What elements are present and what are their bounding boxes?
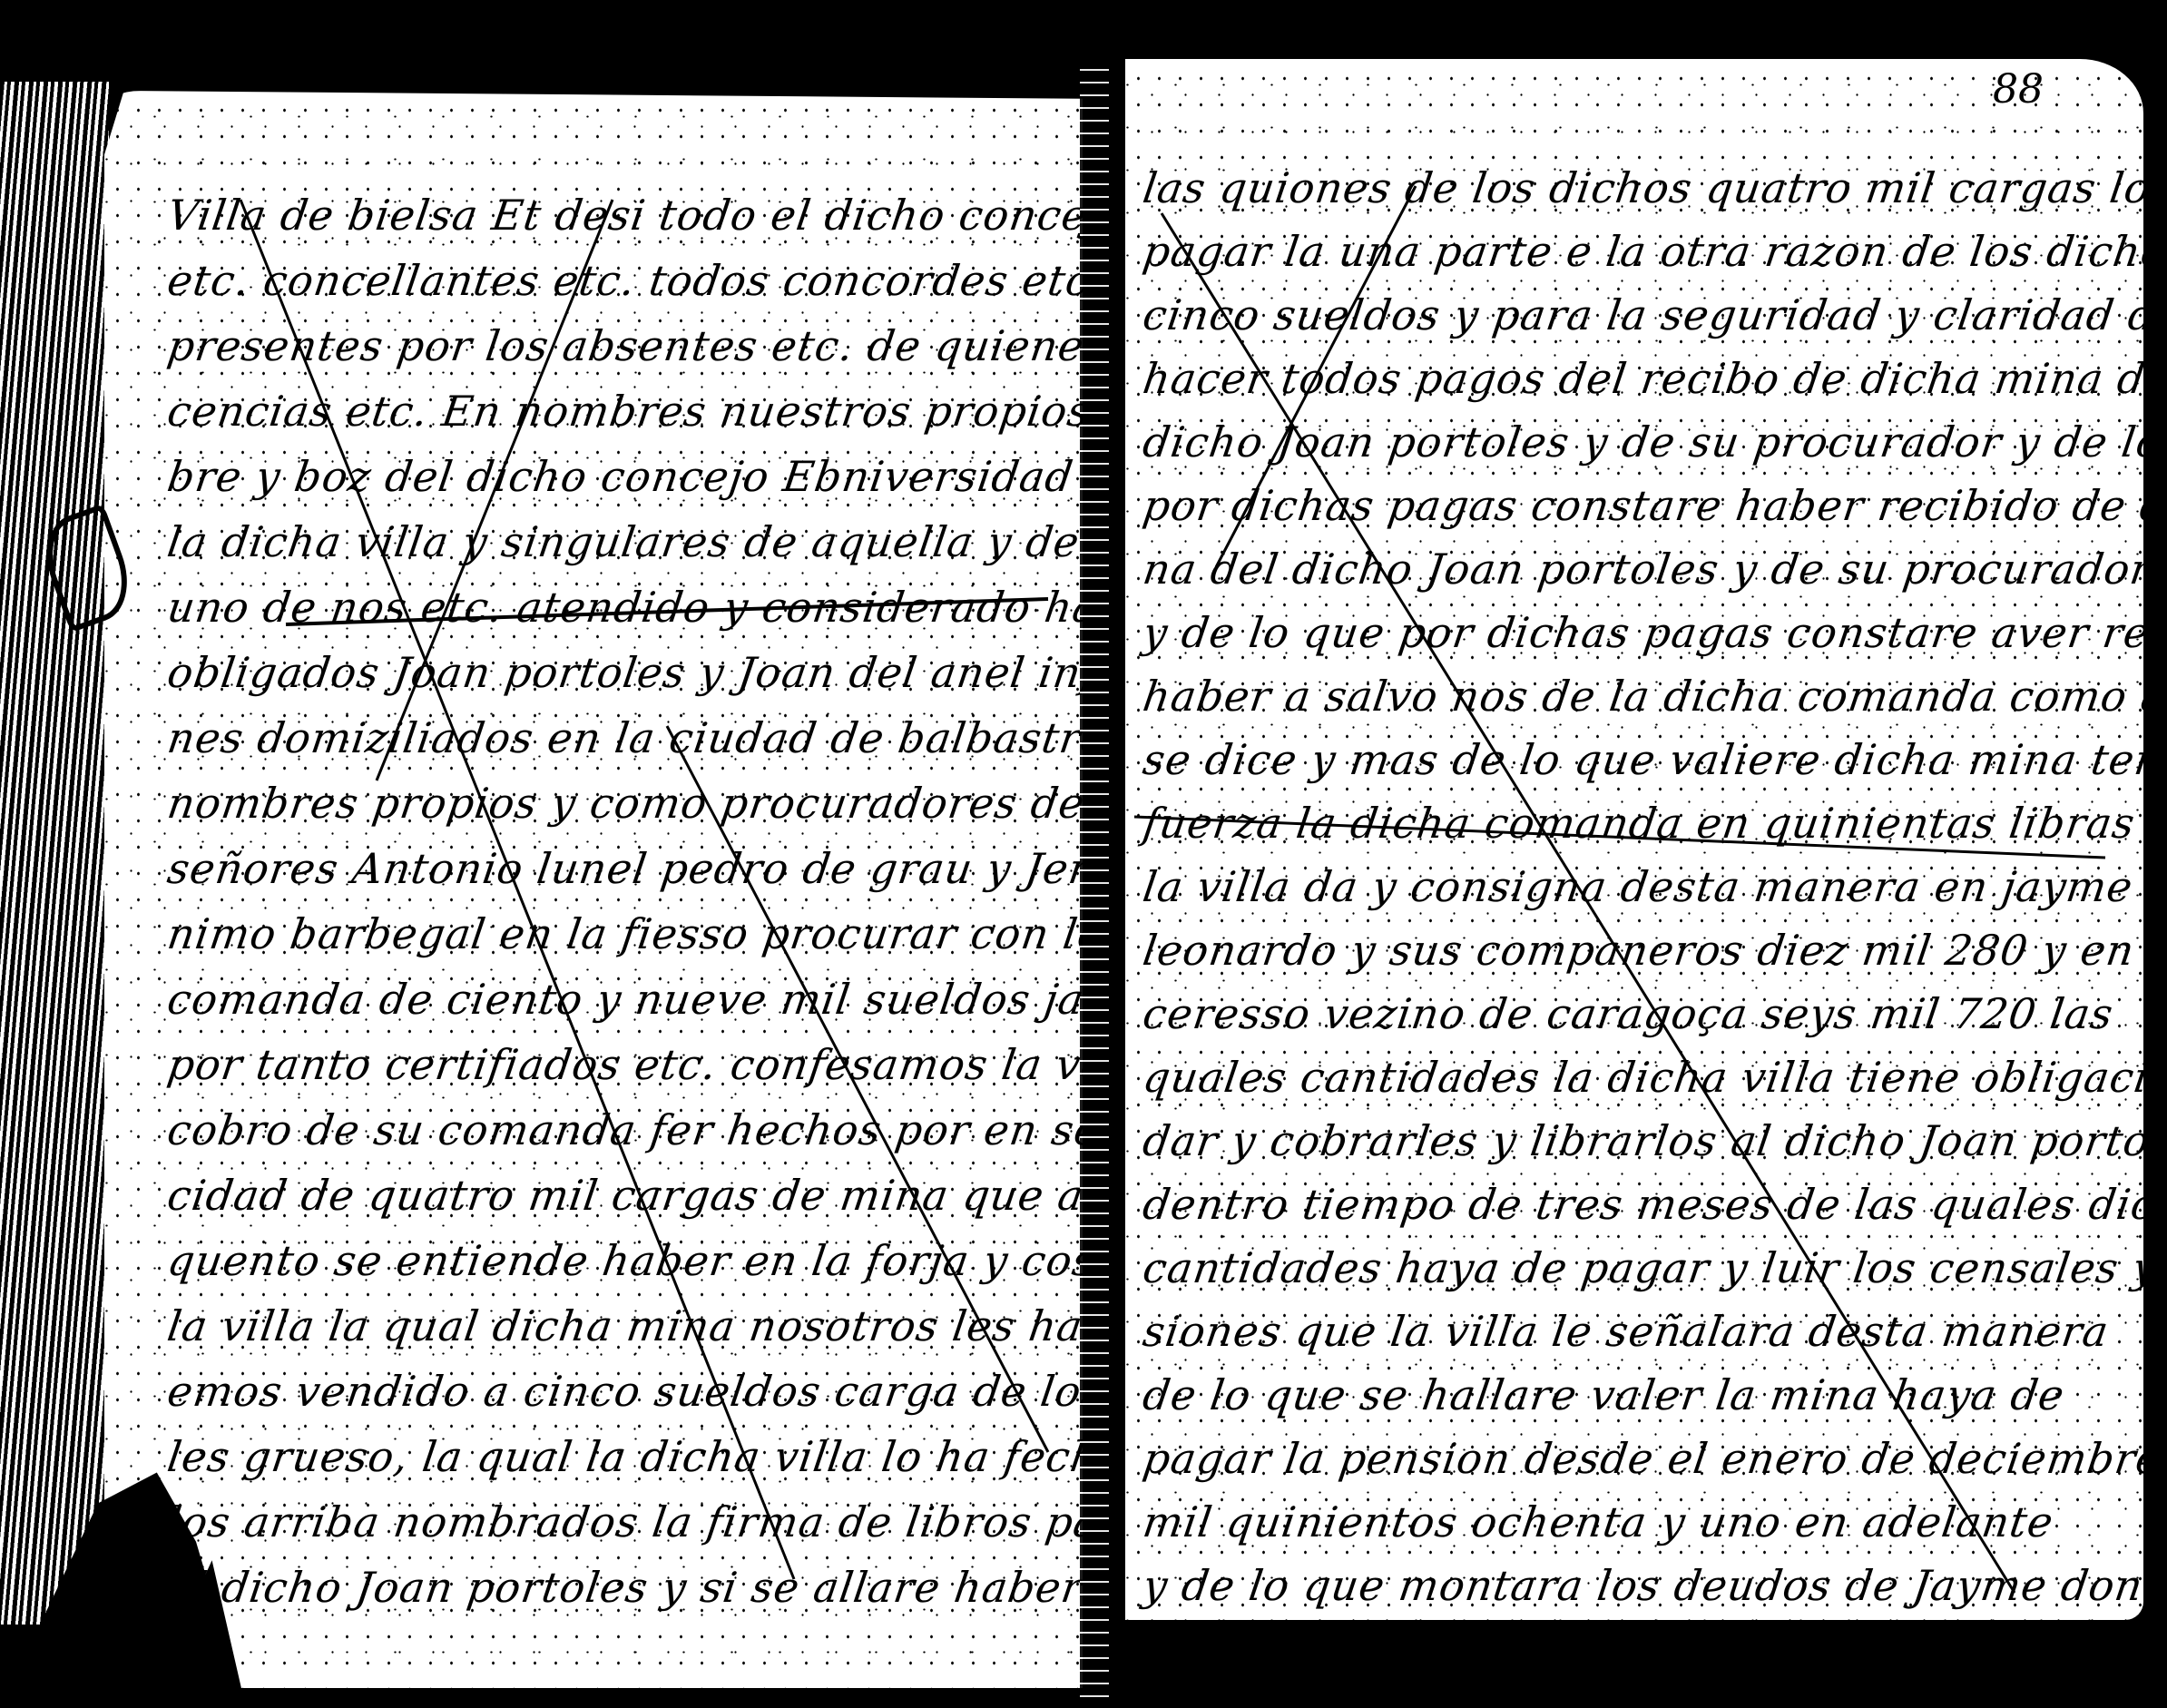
manuscript-line: quales cantidades la dicha villa tiene o…	[1140, 1053, 2143, 1102]
manuscript-line: por dichas pagas constare haber recibido…	[1140, 481, 2143, 530]
manuscript-line: hacer todos pagos del recibo de dicha mi…	[1140, 354, 2143, 403]
manuscript-line: y de lo que montara los deudos de Jayme …	[1140, 1561, 2143, 1610]
manuscript-line: ceresso vezino de caragoça seys mil 720 …	[1140, 989, 2116, 1038]
manuscript-line: haber a salvo nos de la dicha comanda co…	[1140, 672, 2143, 721]
manuscript-line: pagar la pension desde el enero de decie…	[1140, 1434, 2143, 1483]
manuscript-line: los arriba nombrados la firma de libros …	[164, 1497, 1083, 1546]
manuscript-line: cinco sueldos y para la seguridad y clar…	[1140, 290, 2143, 339]
manuscript-line: comanda de ciento y nueve mil sueldos ja…	[164, 975, 1083, 1024]
manuscript-line: les grueso, la qual la dicha villa lo ha…	[164, 1432, 1083, 1481]
binding-edge-left	[0, 82, 109, 1625]
manuscript-line: nes domiziliados en la ciudad de balbast…	[164, 713, 1083, 762]
manuscript-line: al dicho Joan portoles y si se allare ha…	[164, 1563, 1083, 1612]
manuscript-line: dicho Joan portoles y de su procurador y…	[1140, 417, 2143, 466]
manuscript-line: emos vendido a cinco sueldos carga de lo…	[164, 1367, 1083, 1416]
manuscript-line: señores Antonio lunel pedro de grau y Je…	[164, 844, 1083, 893]
manuscript-line: y de lo que por dichas pagas constare av…	[1140, 608, 2143, 657]
right-page: 88 las quiones de los dichos quatro mil …	[1125, 59, 2143, 1620]
manuscript-line: cencias etc. En nombres nuestros propios…	[164, 387, 1083, 436]
manuscript-line: siones que la villa le señalara desta ma…	[1140, 1307, 2112, 1356]
manuscript-line: quento se entiende haber en la forja y c…	[164, 1236, 1083, 1285]
manuscript-line: por tanto certifiados etc. confesamos la…	[164, 1040, 1083, 1089]
left-page: Villa de bielsa Et desi todo el dicho co…	[104, 91, 1083, 1688]
manuscript-line: la villa da y consigna desta manera en j…	[1140, 862, 2136, 911]
manuscript-line: na del dicho Joan portoles y de su procu…	[1140, 545, 2143, 594]
manuscript-line: dar y cobrarles y librarlos al dicho Joa…	[1140, 1116, 2143, 1165]
manuscript-line: las quiones de los dichos quatro mil car…	[1140, 163, 2143, 212]
manuscript-line: fuerza la dicha comanda en quinientas li…	[1140, 799, 2143, 848]
manuscript-line: etc. concellantes etc. todos concordes e…	[164, 256, 1083, 305]
folio-number: 88	[1993, 66, 2044, 113]
manuscript-line: cantidades haya de pagar y luir los cens…	[1140, 1243, 2143, 1292]
manuscript-line: nimo barbegal en la fiesso procurar con …	[164, 909, 1083, 958]
manuscript-line: la dicha villa y singulares de aquella y…	[164, 517, 1083, 566]
manuscript-line: dentro tiempo de tres meses de las quale…	[1140, 1180, 2143, 1229]
manuscript-line: cobro de su comanda fer hechos por en se…	[164, 1105, 1083, 1154]
manuscript-line: se dice y mas de lo que valiere dicha mi…	[1140, 735, 2143, 784]
manuscript-line: la villa la qual dicha mina nosotros les…	[164, 1301, 1083, 1350]
manuscript-line: obligados Joan portoles y Joan del anel …	[164, 648, 1083, 697]
gutter-shadow	[1109, 54, 1125, 1706]
manuscript-line: bre y boz del dicho concejo Ebniversidad…	[164, 452, 1083, 501]
manuscript-line: nombres propios y como procuradores de l…	[164, 779, 1083, 828]
manuscript-line: cidad de quatro mil cargas de mina que a…	[164, 1171, 1083, 1220]
manuscript-line: leonardo y sus companeros diez mil 280 y…	[1140, 926, 2143, 975]
manuscript-line: uno de nos etc. atendido y considerado h…	[164, 583, 1083, 632]
manuscript-line: Villa de bielsa Et desi todo el dicho co…	[164, 191, 1083, 240]
manuscript-spread: Villa de bielsa Et desi todo el dicho co…	[0, 0, 2167, 1708]
manuscript-line: de lo que se hallare valer la mina haya …	[1140, 1370, 2067, 1419]
manuscript-line: presentes por los absentes etc. de quien…	[164, 321, 1083, 370]
manuscript-line: mil quinientos ochenta y uno en adelante	[1140, 1497, 2056, 1546]
manuscript-line: pagar la una parte e la otra razon de lo…	[1140, 227, 2143, 276]
